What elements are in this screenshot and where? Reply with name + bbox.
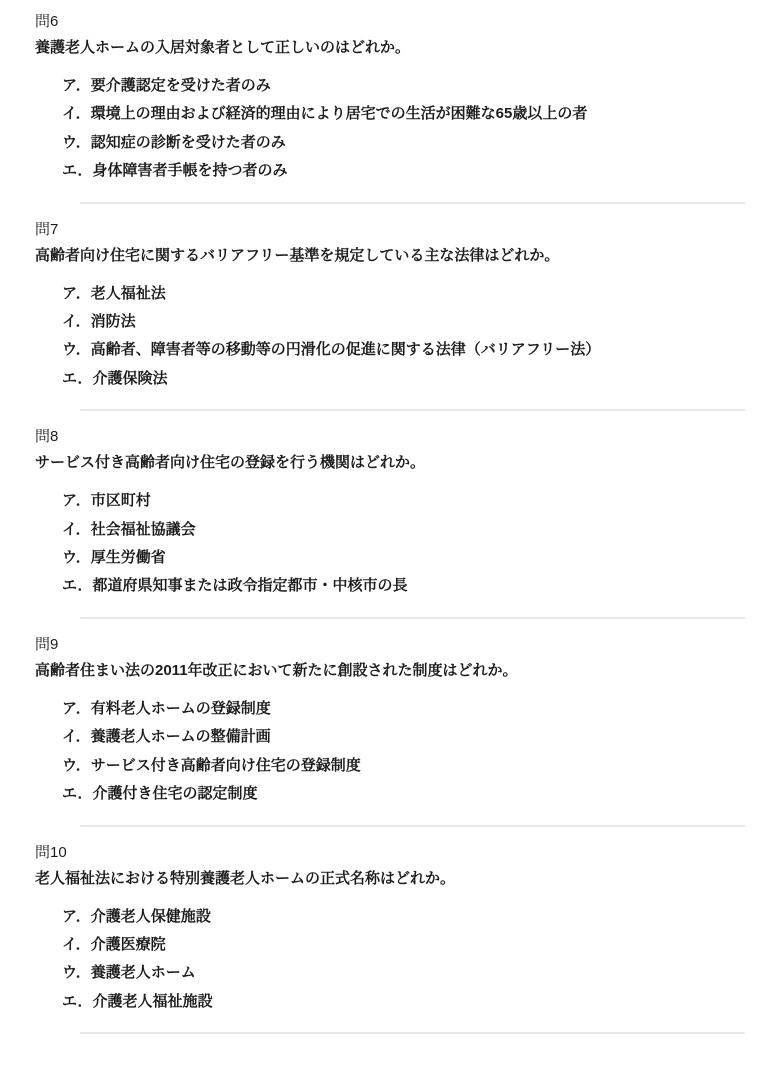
options-list: ア．市区町村 イ．社会福祉協議会 ウ．厚生労働省 エ．都道府県知事または政令指定… bbox=[35, 487, 772, 601]
option-item: ウ．認知症の診断を受けた者のみ bbox=[35, 129, 772, 157]
option-item: ウ．サービス付き高齢者向け住宅の登録制度 bbox=[35, 752, 772, 780]
options-list: ア．介護老人保健施設 イ．介護医療院 ウ．養護老人ホーム エ．介護老人福祉施設 bbox=[35, 903, 772, 1017]
option-item: エ．介護保険法 bbox=[35, 365, 772, 393]
option-item: イ．社会福祉協議会 bbox=[35, 516, 772, 544]
option-item: イ．介護医療院 bbox=[35, 931, 772, 959]
question-number: 問8 bbox=[35, 427, 772, 447]
question-number: 問7 bbox=[35, 220, 772, 240]
option-item: エ．身体障害者手帳を持つ者のみ bbox=[35, 157, 772, 185]
question-number: 問9 bbox=[35, 635, 772, 655]
question-text: 老人福祉法における特別養護老人ホームの正式名称はどれか。 bbox=[35, 869, 772, 889]
option-item: イ．養護老人ホームの整備計画 bbox=[35, 723, 772, 751]
section-divider bbox=[80, 409, 745, 411]
question-number: 問10 bbox=[35, 843, 772, 863]
option-item: エ．都道府県知事または政令指定都市・中核市の長 bbox=[35, 572, 772, 600]
option-item: ウ．養護老人ホーム bbox=[35, 959, 772, 987]
option-item: ア．介護老人保健施設 bbox=[35, 903, 772, 931]
section-divider bbox=[80, 825, 745, 827]
question-block-9: 問9 高齢者住まい法の2011年改正において新たに創設された制度はどれか。 ア．… bbox=[35, 635, 772, 809]
question-text: サービス付き高齢者向け住宅の登録を行う機関はどれか。 bbox=[35, 453, 772, 473]
option-item: ウ．厚生労働省 bbox=[35, 544, 772, 572]
options-list: ア．有料老人ホームの登録制度 イ．養護老人ホームの整備計画 ウ．サービス付き高齢… bbox=[35, 695, 772, 809]
options-list: ア．老人福祉法 イ．消防法 ウ．高齢者、障害者等の移動等の円滑化の促進に関する法… bbox=[35, 280, 772, 394]
option-item: エ．介護老人福祉施設 bbox=[35, 988, 772, 1016]
option-item: ウ．高齢者、障害者等の移動等の円滑化の促進に関する法律（バリアフリー法） bbox=[35, 336, 772, 364]
option-item: ア．市区町村 bbox=[35, 487, 772, 515]
option-item: エ．介護付き住宅の認定制度 bbox=[35, 780, 772, 808]
question-text: 養護老人ホームの入居対象者として正しいのはどれか。 bbox=[35, 38, 772, 58]
section-divider bbox=[80, 617, 745, 619]
options-list: ア．要介護認定を受けた者のみ イ．環境上の理由および経済的理由により居宅での生活… bbox=[35, 72, 772, 186]
question-block-6: 問6 養護老人ホームの入居対象者として正しいのはどれか。 ア．要介護認定を受けた… bbox=[35, 12, 772, 186]
question-number: 問6 bbox=[35, 12, 772, 32]
question-block-8: 問8 サービス付き高齢者向け住宅の登録を行う機関はどれか。 ア．市区町村 イ．社… bbox=[35, 427, 772, 601]
option-item: ア．有料老人ホームの登録制度 bbox=[35, 695, 772, 723]
question-text: 高齢者向け住宅に関するバリアフリー基準を規定している主な法律はどれか。 bbox=[35, 246, 772, 266]
question-block-10: 問10 老人福祉法における特別養護老人ホームの正式名称はどれか。 ア．介護老人保… bbox=[35, 843, 772, 1017]
question-block-7: 問7 高齢者向け住宅に関するバリアフリー基準を規定している主な法律はどれか。 ア… bbox=[35, 220, 772, 394]
section-divider bbox=[80, 1032, 745, 1034]
option-item: ア．老人福祉法 bbox=[35, 280, 772, 308]
option-item: ア．要介護認定を受けた者のみ bbox=[35, 72, 772, 100]
option-item: イ．環境上の理由および経済的理由により居宅での生活が困難な65歳以上の者 bbox=[35, 100, 772, 128]
exam-document-page: 問6 養護老人ホームの入居対象者として正しいのはどれか。 ア．要介護認定を受けた… bbox=[0, 0, 772, 1034]
question-text: 高齢者住まい法の2011年改正において新たに創設された制度はどれか。 bbox=[35, 661, 772, 681]
section-divider bbox=[80, 202, 745, 204]
option-item: イ．消防法 bbox=[35, 308, 772, 336]
